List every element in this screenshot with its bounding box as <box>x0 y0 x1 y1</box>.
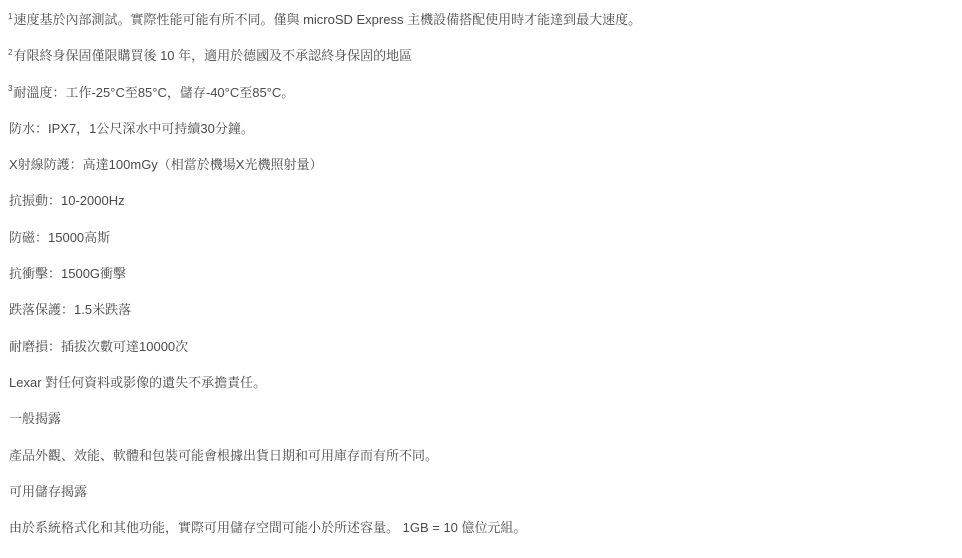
disclaimer-line-capacity: 由於系統格式化和其他功能，實際可用儲存空間可能小於所述容量。 1GB = 10 … <box>8 510 962 546</box>
disclaimer-line-wear: 耐磨損：插拔次數可達10000次 <box>8 329 962 365</box>
disclaimer-text: 抗衝擊：1500G衝擊 <box>9 266 126 281</box>
disclaimer-line-drop: 跌落保護：1.5米跌落 <box>8 292 962 328</box>
disclaimer-section: 1速度基於內部測試。實際性能可能有所不同。僅與 microSD Express … <box>0 0 962 546</box>
disclaimer-heading-general: 一般揭露 <box>8 401 962 437</box>
disclaimer-text: 可用儲存揭露 <box>9 484 87 499</box>
disclaimer-heading-storage: 可用儲存揭露 <box>8 474 962 510</box>
disclaimer-text: 由於系統格式化和其他功能，實際可用儲存空間可能小於所述容量。 1GB = 10 … <box>9 520 527 535</box>
disclaimer-line-waterproof: 防水：IPX7，1公尺深水中可持續30分鐘。 <box>8 111 962 147</box>
disclaimer-text: 速度基於內部測試。實際性能可能有所不同。僅與 microSD Express 主… <box>13 12 641 27</box>
disclaimer-text: 耐磨損：插拔次數可達10000次 <box>9 339 188 354</box>
disclaimer-text: 耐溫度：工作-25°C至85°C，儲存-40°C至85°C。 <box>13 85 294 100</box>
disclaimer-line-magnetic: 防磁：15000高斯 <box>8 220 962 256</box>
disclaimer-text: 跌落保護：1.5米跌落 <box>9 302 131 317</box>
disclaimer-line-warranty: 2有限終身保固僅限購買後 10 年，適用於德國及不承認終身保固的地區 <box>8 38 962 74</box>
disclaimer-line-temperature: 3耐溫度：工作-25°C至85°C，儲存-40°C至85°C。 <box>8 75 962 111</box>
disclaimer-text: 抗振動：10-2000Hz <box>9 193 125 208</box>
disclaimer-line-xray: X射線防護：高達100mGy（相當於機場X光機照射量） <box>8 147 962 183</box>
disclaimer-text: Lexar 對任何資料或影像的遺失不承擔責任。 <box>9 375 266 390</box>
disclaimer-text: 有限終身保固僅限購買後 10 年，適用於德國及不承認終身保固的地區 <box>13 48 412 63</box>
disclaimer-line-speed: 1速度基於內部測試。實際性能可能有所不同。僅與 microSD Express … <box>8 2 962 38</box>
disclaimer-line-shock: 抗衝擊：1500G衝擊 <box>8 256 962 292</box>
disclaimer-line-appearance: 產品外觀、效能、軟體和包裝可能會根據出貨日期和可用庫存而有所不同。 <box>8 438 962 474</box>
disclaimer-text: 防磁：15000高斯 <box>9 230 110 245</box>
footnote-marker: 1 <box>8 12 12 21</box>
footnote-marker: 2 <box>8 48 12 57</box>
footnote-marker: 3 <box>8 84 12 93</box>
disclaimer-text: 防水：IPX7，1公尺深水中可持續30分鐘。 <box>9 121 254 136</box>
disclaimer-text: 產品外觀、效能、軟體和包裝可能會根據出貨日期和可用庫存而有所不同。 <box>9 448 438 463</box>
disclaimer-line-liability: Lexar 對任何資料或影像的遺失不承擔責任。 <box>8 365 962 401</box>
disclaimer-text: X射線防護：高達100mGy（相當於機場X光機照射量） <box>9 157 322 172</box>
disclaimer-text: 一般揭露 <box>9 411 61 426</box>
disclaimer-line-vibration: 抗振動：10-2000Hz <box>8 183 962 219</box>
